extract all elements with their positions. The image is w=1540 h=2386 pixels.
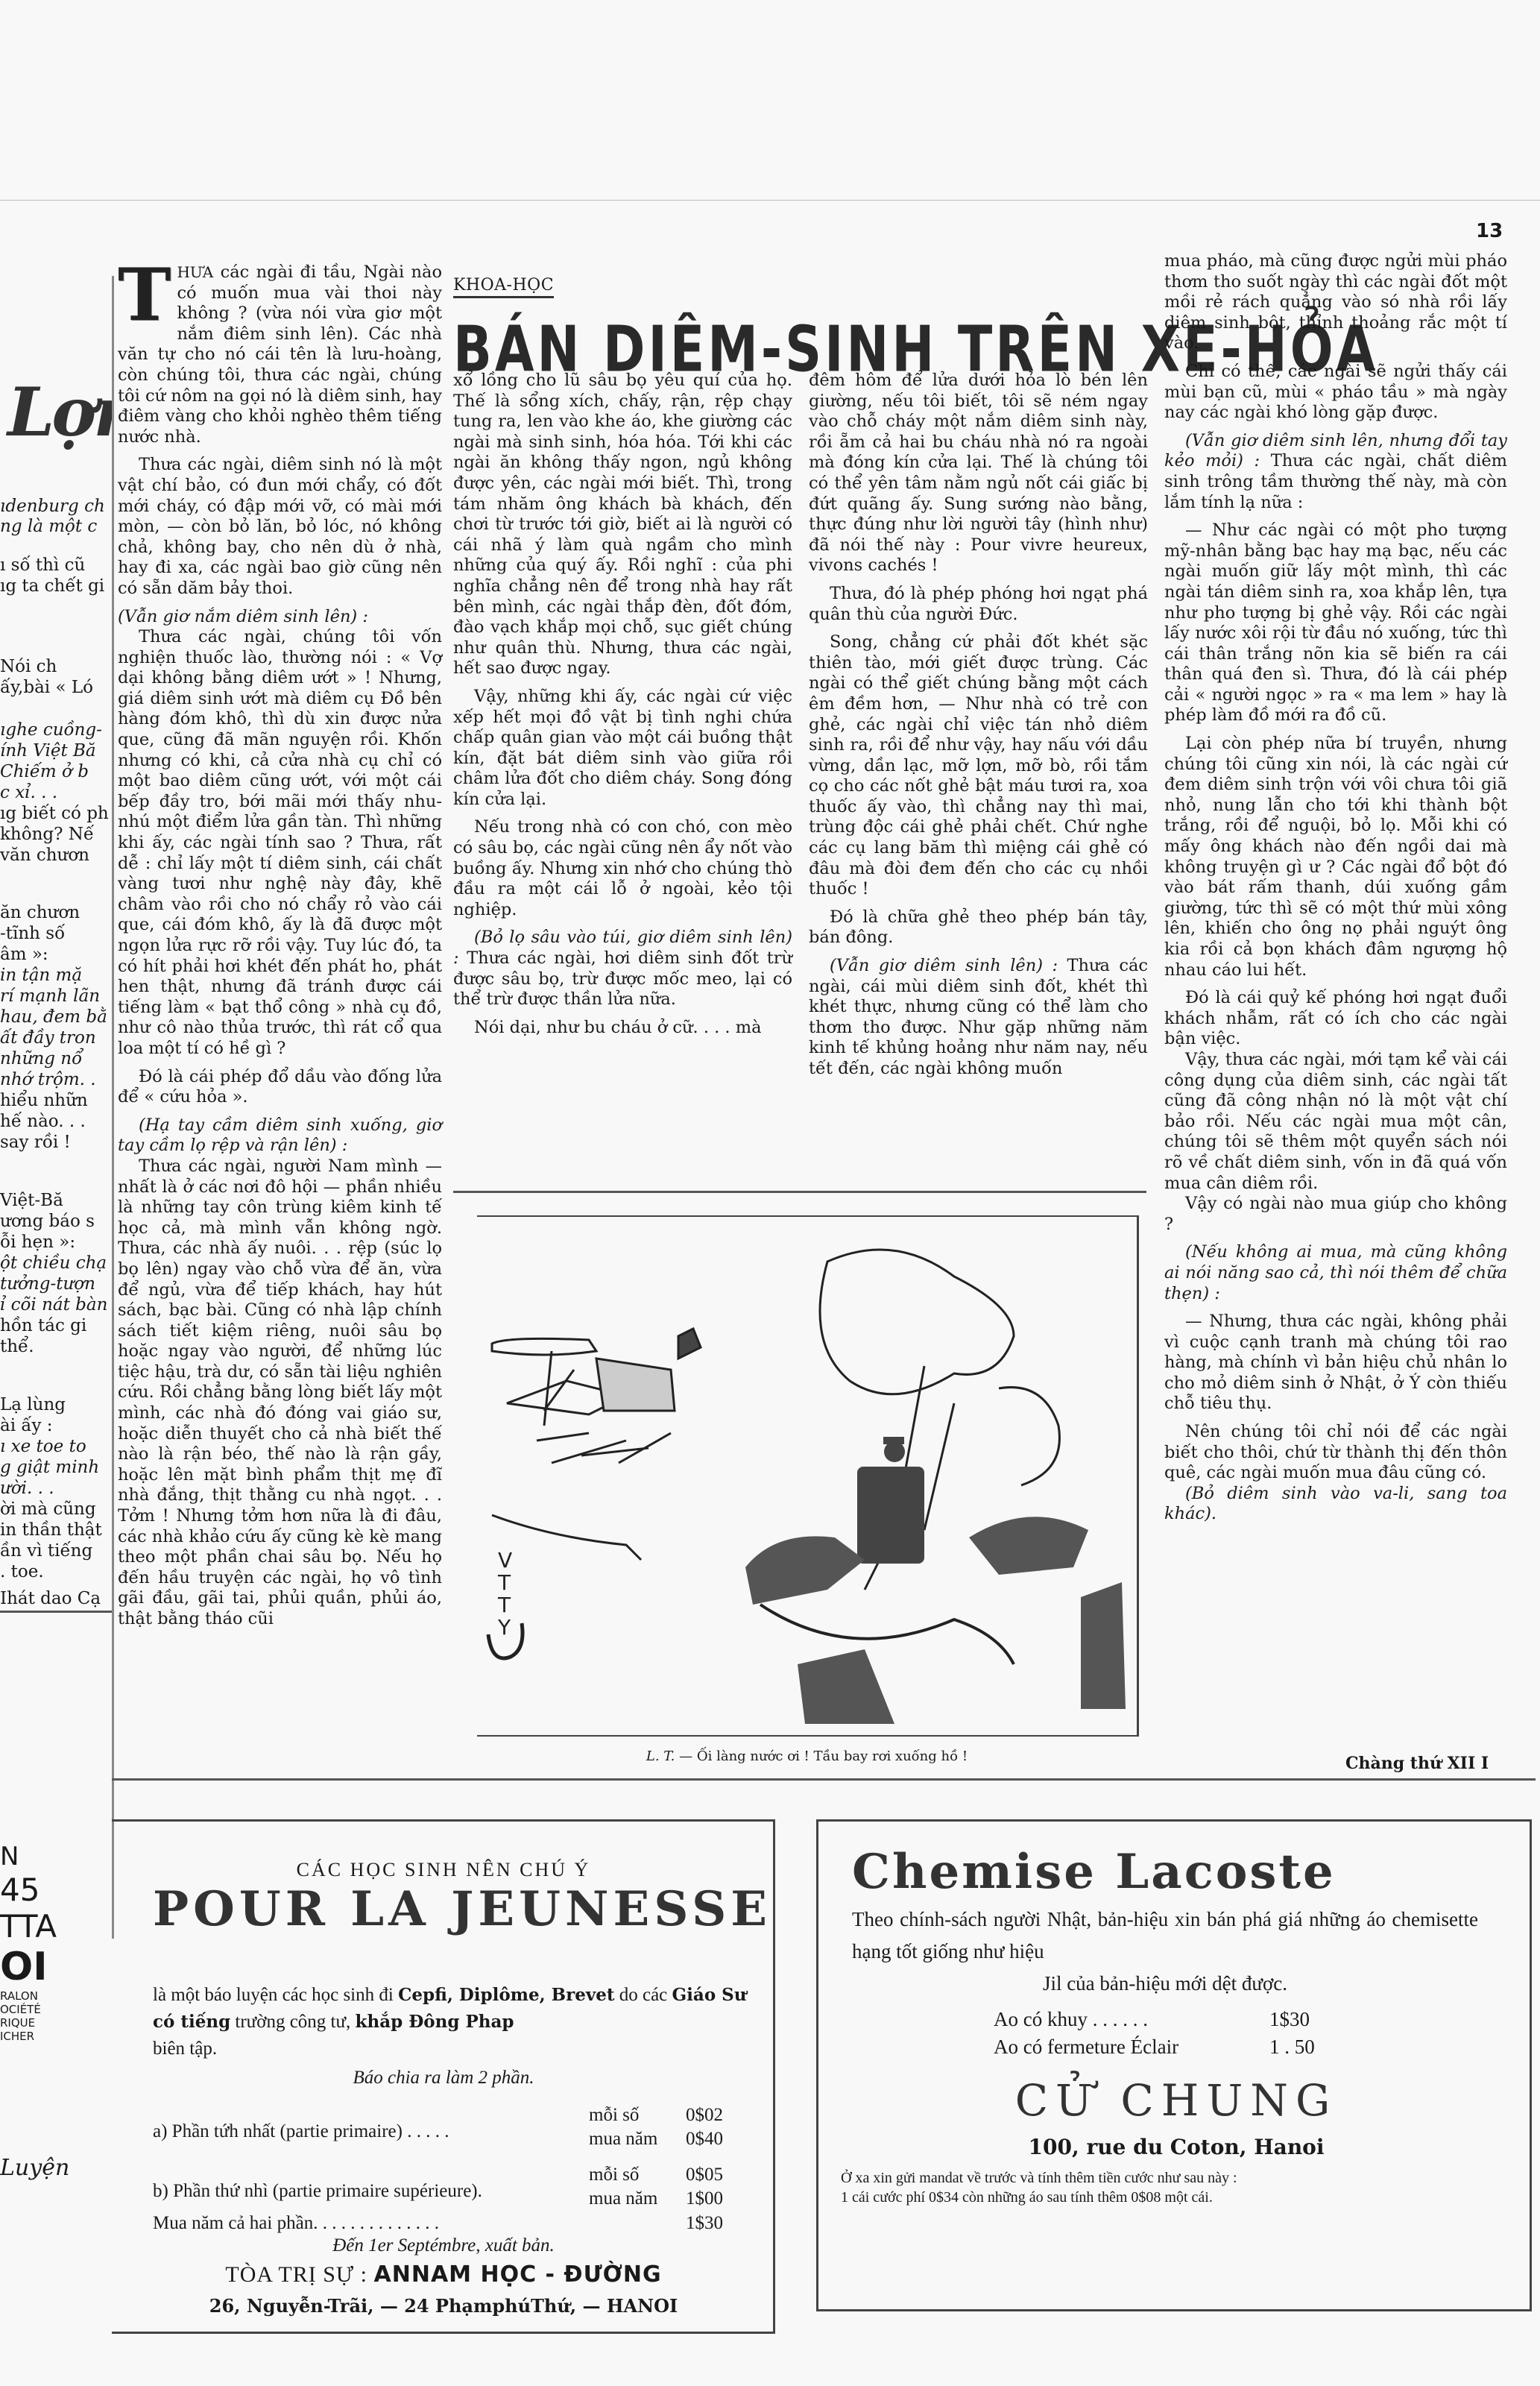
paragraph: mua pháo, mà cũng được ngửi mùi pháo thơ… (1164, 251, 1507, 354)
author-signature: Chàng thứ XII I (1345, 1754, 1489, 1773)
fragment-line: ıghe cuồng- (0, 720, 102, 740)
ad-chemise-lacoste: Chemise Lacoste Theo chính-sách người Nh… (816, 1819, 1532, 2311)
paragraph: (Vẫn giơ diêm sinh lên, nhưng đổi tay kẻ… (1164, 431, 1507, 513)
fragment-line: Ihát dao Cạ (0, 1588, 101, 1609)
stage-direction: (Vẫn giơ nắm diêm sinh lên) : (118, 607, 442, 628)
paragraph: Song, chẳng cứ phải đốt khét sặc thiên t… (809, 632, 1148, 900)
fragment-line: tưởng-tượn (0, 1274, 95, 1294)
man-figure-icon (857, 1437, 924, 1564)
paragraph: Nên chúng tôi chỉ nói để các ngài biết c… (1164, 1422, 1507, 1484)
ad-intro: là một báo luyện các học sinh đi Cepfi, … (153, 1982, 749, 2062)
article-column-2: xổ lồng cho lũ sâu bọ yêu quí của họ. Th… (453, 371, 792, 1045)
paragraph: Nói dại, như bu cháu ở cữ. . . . mà (453, 1018, 792, 1039)
fragment-line: thể. (0, 1336, 34, 1357)
fragment-line: ıg ta chết gi (0, 576, 104, 596)
paragraph: — Như các ngài có một pho tượng mỹ-nhân … (1164, 520, 1507, 726)
fragment-line: ỗi hẹn »: (0, 1232, 75, 1253)
fragment-line: Chiếm ở b (0, 761, 89, 782)
fragment-line: ột chiều chạ (0, 1253, 107, 1274)
fragment-line: ài ấy : (0, 1415, 53, 1436)
shop-address: 100, rue du Coton, Hanoi (818, 2135, 1534, 2159)
paragraph: Đó là cái quỷ kế phóng hơi ngạt đuổi khá… (1164, 988, 1507, 1050)
airplane-icon (492, 1329, 701, 1560)
fragment-line: ng là một c (0, 516, 97, 537)
rocks-icon (745, 1517, 1126, 1724)
fragment-line: ính Việt Bă (0, 740, 96, 761)
fragment-line: ı xe toe to (0, 1436, 86, 1457)
paragraph: T HƯA các ngài đi tầu, Ngài nào có muốn … (118, 262, 442, 447)
fragment-ad: N 45 TTA OI RALON OCIÉTÉ RIQUE ICHER Luy… (0, 1842, 112, 2181)
cartoon-illustration: VTTY (477, 1215, 1139, 1737)
cartoon-drawing: VTTY (477, 1217, 1135, 1735)
top-rule (0, 200, 1540, 201)
fragment-line: những nổ (0, 1048, 82, 1069)
ad-pour-la-jeunesse: CÁC HỌC SINH NÊN CHÚ Ý POUR LA JEUNESSE … (112, 1819, 775, 2334)
fragment-line: hau, đem bằ (0, 1007, 107, 1027)
fragment-line: ỉ cõi nát bàn (0, 1294, 107, 1315)
ad-kicker: CÁC HỌC SINH NÊN CHÚ Ý (112, 1859, 775, 1881)
paragraph: — Nhưng, thưa các ngài, không phải vì cu… (1164, 1312, 1507, 1414)
paragraph: (Bỏ lọ sâu vào túi, giơ diêm sinh lên) :… (453, 928, 792, 1010)
fragment-logo: Lợn (7, 373, 112, 452)
price-row-buttons: Ao có khuy . . . . . . 1$30 (994, 2008, 1148, 2031)
fragment-line: ıdenburg ch (0, 496, 105, 517)
page-number: 13 (1476, 220, 1503, 242)
fragment-line: không? Nế (0, 824, 94, 845)
shipping-note: Ở xa xin gửi mandat về trước và tính thê… (841, 2168, 1512, 2207)
ad-subtitle: Báo chia ra làm 2 phần. (112, 2068, 775, 2088)
ad-brand: Chemise Lacoste (852, 1844, 1336, 1900)
fragment-line: c xỉ. . . (0, 782, 57, 803)
fragment-line: rí mạnh lãn (0, 986, 100, 1007)
fragment-line: ần vì tiếng (0, 1540, 92, 1561)
section-label: KHOA-HỌC (453, 276, 554, 298)
fragment-line: nhớ trộm. . (0, 1069, 96, 1090)
fragment-line: ấy,bài « Ló (0, 677, 93, 698)
fragment-line: văn chươn (0, 845, 89, 866)
price-row-zipper: Ao có fermeture Éclair 1 . 50 (994, 2036, 1178, 2059)
cartoon-caption: L. T. — Ối làng nước ơi ! Tầu bay rơi xu… (477, 1748, 1137, 1764)
fragment-line: in tận mặ (0, 965, 82, 986)
fragment-line: in thần thật (0, 1520, 102, 1540)
previous-page-fragment: Lợn ıdenburg chng là một cı số thì cũıg … (0, 0, 112, 2386)
paragraph: Chỉ có thế, các ngài sẽ ngửi thấy cái mù… (1164, 362, 1507, 424)
fragment-line: ười. . . (0, 1478, 54, 1499)
fragment-line: ời mà cũng (0, 1499, 96, 1520)
paragraph: xổ lồng cho lũ sâu bọ yêu quí của họ. Th… (453, 371, 792, 679)
office-line: TÒA TRỊ SỰ : ANNAM HỌC - ĐƯỜNG (112, 2261, 775, 2288)
cartoon-top-rule (453, 1191, 1146, 1193)
paragraph: Nếu trong nhà có con chó, con mèo có sâu… (453, 817, 792, 920)
paragraph: Vậy có ngài nào mua giúp cho không ? (1164, 1194, 1507, 1235)
article-column-4: mua pháo, mà cũng được ngửi mùi pháo thơ… (1164, 251, 1507, 1532)
paragraph: Lại còn phép nữa bí truyền, nhưng chúng … (1164, 734, 1507, 980)
ads-top-rule (112, 1778, 1536, 1781)
fragment-line: ı số thì cũ (0, 555, 85, 576)
publish-date: Đến 1er Septémbre, xuất bản. (112, 2235, 775, 2256)
fragment-line: Lạ lùng (0, 1394, 66, 1415)
office-address: 26, Nguyễn-Trãi, — 24 PhạmphúThứ, — HANO… (112, 2295, 775, 2317)
fragment-line: . toe. (0, 1561, 44, 1582)
paragraph: Thưa các ngài, diêm sinh nó là một vật c… (118, 455, 442, 599)
fragment-divider (0, 1611, 112, 1613)
ad-title: POUR LA JEUNESSE (153, 1881, 771, 1937)
fragment-line: g giật minh (0, 1457, 99, 1478)
fragment-line: âm »: (0, 944, 48, 965)
stage-direction: (Nếu không ai mua, mà cũng không ai nói … (1164, 1242, 1507, 1304)
paragraph: Thưa các ngài, chúng tôi vốn nghiện thuố… (118, 627, 442, 1059)
stage-direction: (Hạ tay cầm diêm sinh xuống, giơ tay cầm… (118, 1115, 442, 1156)
fragment-line: hiểu nhữn (0, 1090, 88, 1111)
paragraph: Vậy, những khi ấy, các ngài cứ việc xếp … (453, 687, 792, 810)
article-column-3: đêm hôm để lửa dưới hỏa lò bén lên giườn… (809, 371, 1148, 1087)
paragraph: đêm hôm để lửa dưới hỏa lò bén lên giườn… (809, 371, 1148, 576)
paragraph: Thưa, đó là phép phóng hơi ngạt phá quân… (809, 584, 1148, 625)
fragment-line: hế nào. . . (0, 1111, 86, 1132)
paragraph: Vậy, thưa các ngài, mới tạm kể vài cái c… (1164, 1050, 1507, 1194)
fragment-line: Nói ch (0, 656, 57, 677)
fragment-line: ương báo s (0, 1211, 95, 1232)
paragraph: (Vẫn giơ diêm sinh lên) : Thưa các ngài,… (809, 956, 1148, 1080)
stage-direction: (Bỏ diêm sinh vào va-li, sang toa khác). (1164, 1484, 1507, 1525)
fragment-line: Việt-Bă (0, 1190, 63, 1211)
paragraph: Thưa các ngài, người Nam mình — nhất là … (118, 1156, 442, 1630)
shop-name: CỬ CHUNG (818, 2075, 1534, 2126)
fragment-line: ất đầy tron (0, 1027, 96, 1048)
fragment-line: -tĩnh số (0, 923, 65, 944)
paragraph: Đó là chữa ghẻ theo phép bán tây, bán đô… (809, 907, 1148, 948)
article-column-1: T HƯA các ngài đi tầu, Ngài nào có muốn … (118, 262, 442, 1637)
fragment-line: hồn tác gi (0, 1315, 86, 1336)
artist-mark: VTTY (497, 1548, 512, 1640)
fragment-line: ıg biết có ph (0, 803, 109, 824)
paragraph: Đó là cái phép đổ dầu vào đống lửa để « … (118, 1067, 442, 1108)
ad-body: Theo chính-sách người Nhật, bản-hiệu xin… (852, 1904, 1478, 2000)
column-divider-left (112, 276, 114, 1939)
fragment-line: ăn chươn (0, 902, 80, 923)
fragment-line: say rồi ! (0, 1132, 71, 1153)
drop-cap: T (118, 265, 171, 325)
